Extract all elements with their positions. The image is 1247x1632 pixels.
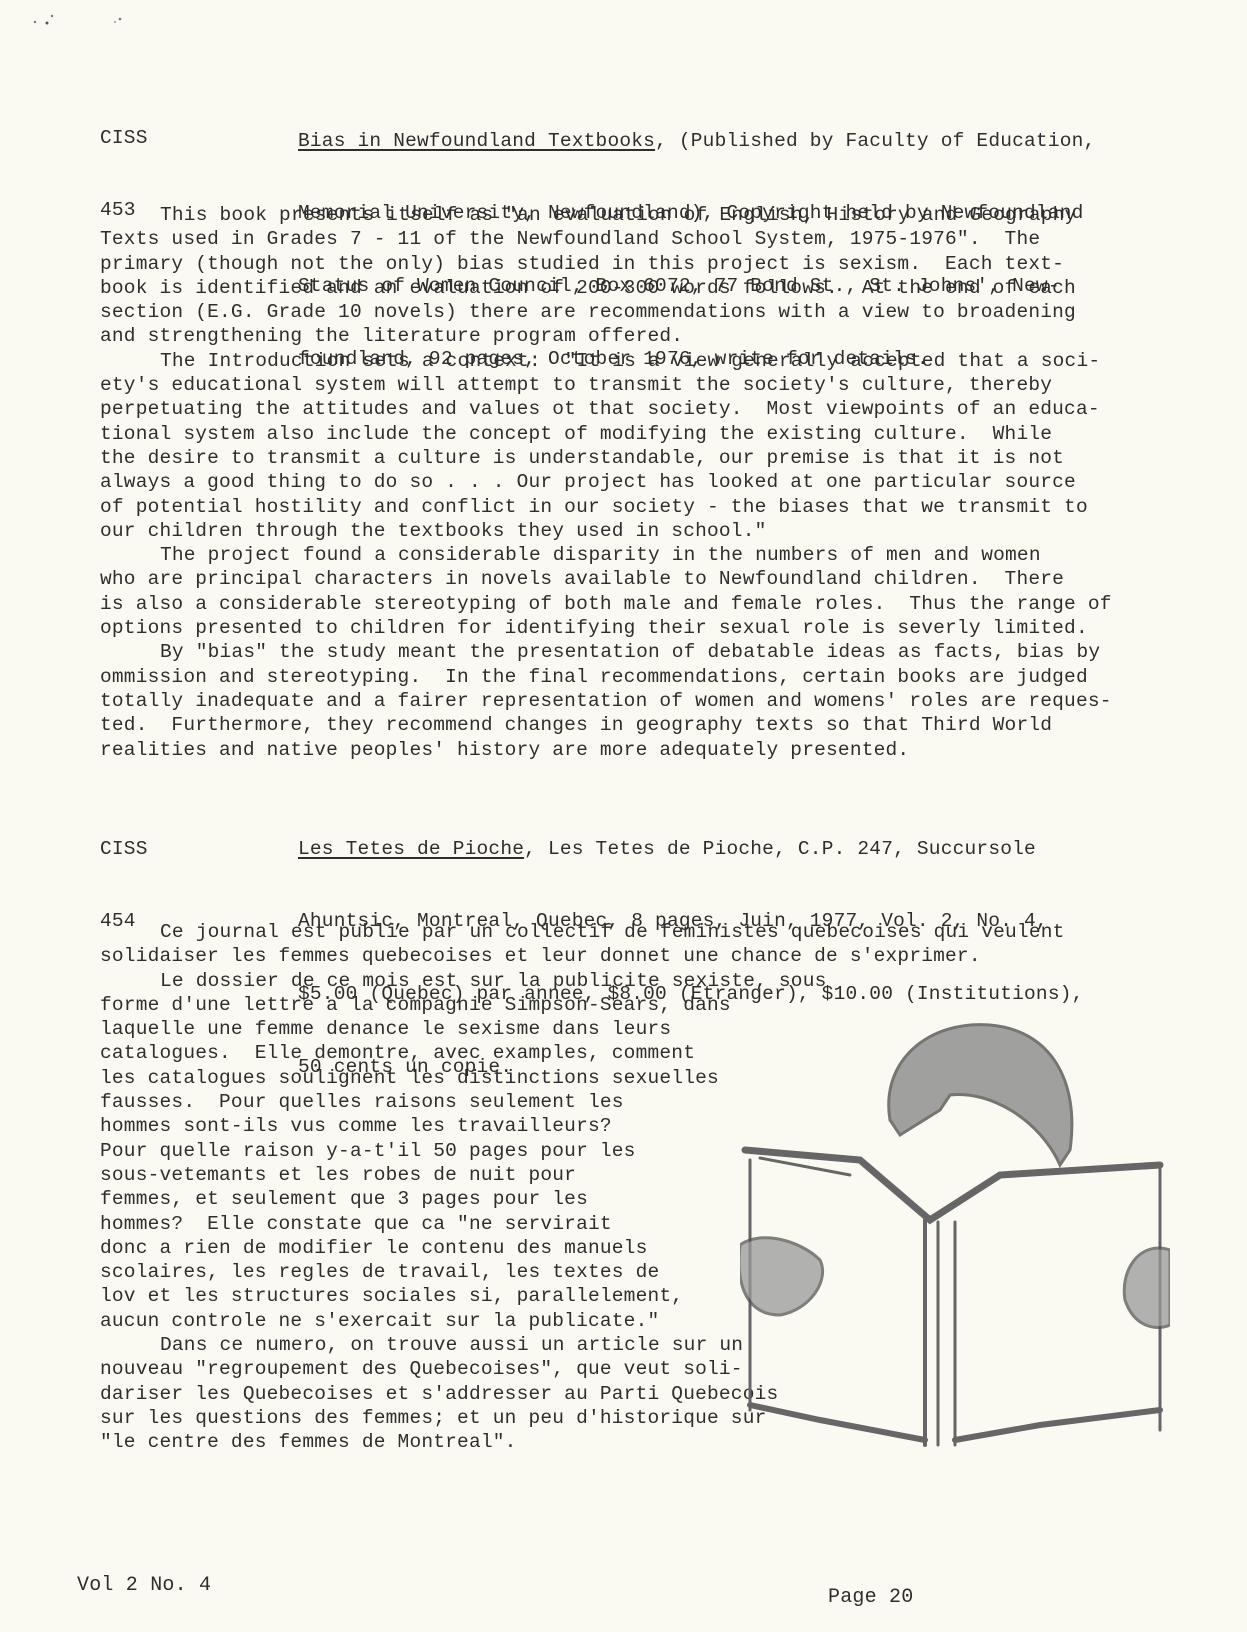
paper-specks-decoration: [30, 10, 150, 40]
body-line: perpetuating the attitudes and values ot…: [100, 397, 1112, 421]
entry-453-title: Bias in Newfoundland Textbooks: [298, 130, 655, 152]
body-line: and strengthening the literature program…: [100, 324, 1112, 348]
body-line: ommission and stereotyping. In the final…: [100, 665, 1112, 689]
body-line: Texts used in Grades 7 - 11 of the Newfo…: [100, 227, 1112, 251]
body-line: who are principal characters in novels a…: [100, 567, 1112, 591]
body-line: solidaiser les femmes quebecoises et leu…: [100, 944, 1065, 968]
body-line: tional system also include the concept o…: [100, 422, 1112, 446]
body-line: is also a considerable stereotyping of b…: [100, 592, 1112, 616]
body-line: The Introduction sets a context: "It is …: [100, 349, 1112, 373]
body-line: the desire to transmit a culture is unde…: [100, 446, 1112, 470]
body-line: Ce journal est publie par un collectif d…: [100, 920, 1065, 944]
entry-453-body: This book presents itself as "an evaluat…: [100, 203, 1112, 762]
citation-line: , (Published by Faculty of Education,: [655, 130, 1095, 152]
body-line: options presented to children for identi…: [100, 616, 1112, 640]
body-line: ted. Furthermore, they recommend changes…: [100, 713, 1112, 737]
entry-453-series: CISS: [100, 126, 148, 150]
entry-454-series: CISS: [100, 837, 148, 861]
entry-454-title: Les Tetes de Pioche: [298, 838, 524, 860]
body-line: section (E.G. Grade 10 novels) there are…: [100, 300, 1112, 324]
body-line: realities and native peoples' history ar…: [100, 738, 1112, 762]
page-number: Page 20: [828, 1586, 913, 1610]
body-line: Le dossier de ce mois est sur la publici…: [100, 969, 1065, 993]
document-page: CISS 453 Bias in Newfoundland Textbooks,…: [0, 0, 1247, 1632]
citation-line: , Les Tetes de Pioche, C.P. 247, Succurs…: [524, 838, 1036, 860]
body-line: primary (though not the only) bias studi…: [100, 252, 1112, 276]
body-line: The project found a considerable dispari…: [100, 543, 1112, 567]
person-reading-book-icon: [740, 1000, 1170, 1450]
body-line: of potential hostility and conflict in o…: [100, 495, 1112, 519]
body-line: ety's educational system will attempt to…: [100, 373, 1112, 397]
body-line: totally inadequate and a fairer represen…: [100, 689, 1112, 713]
body-line: always a good thing to do so . . . Our p…: [100, 470, 1112, 494]
body-line: our children through the textbooks they …: [100, 519, 1112, 543]
body-line: This book presents itself as "an evaluat…: [100, 203, 1112, 227]
issue-label: Vol 2 No. 4: [77, 1574, 211, 1598]
body-line: By "bias" the study meant the presentati…: [100, 640, 1112, 664]
body-line: book is identified and an evaluation of …: [100, 276, 1112, 300]
